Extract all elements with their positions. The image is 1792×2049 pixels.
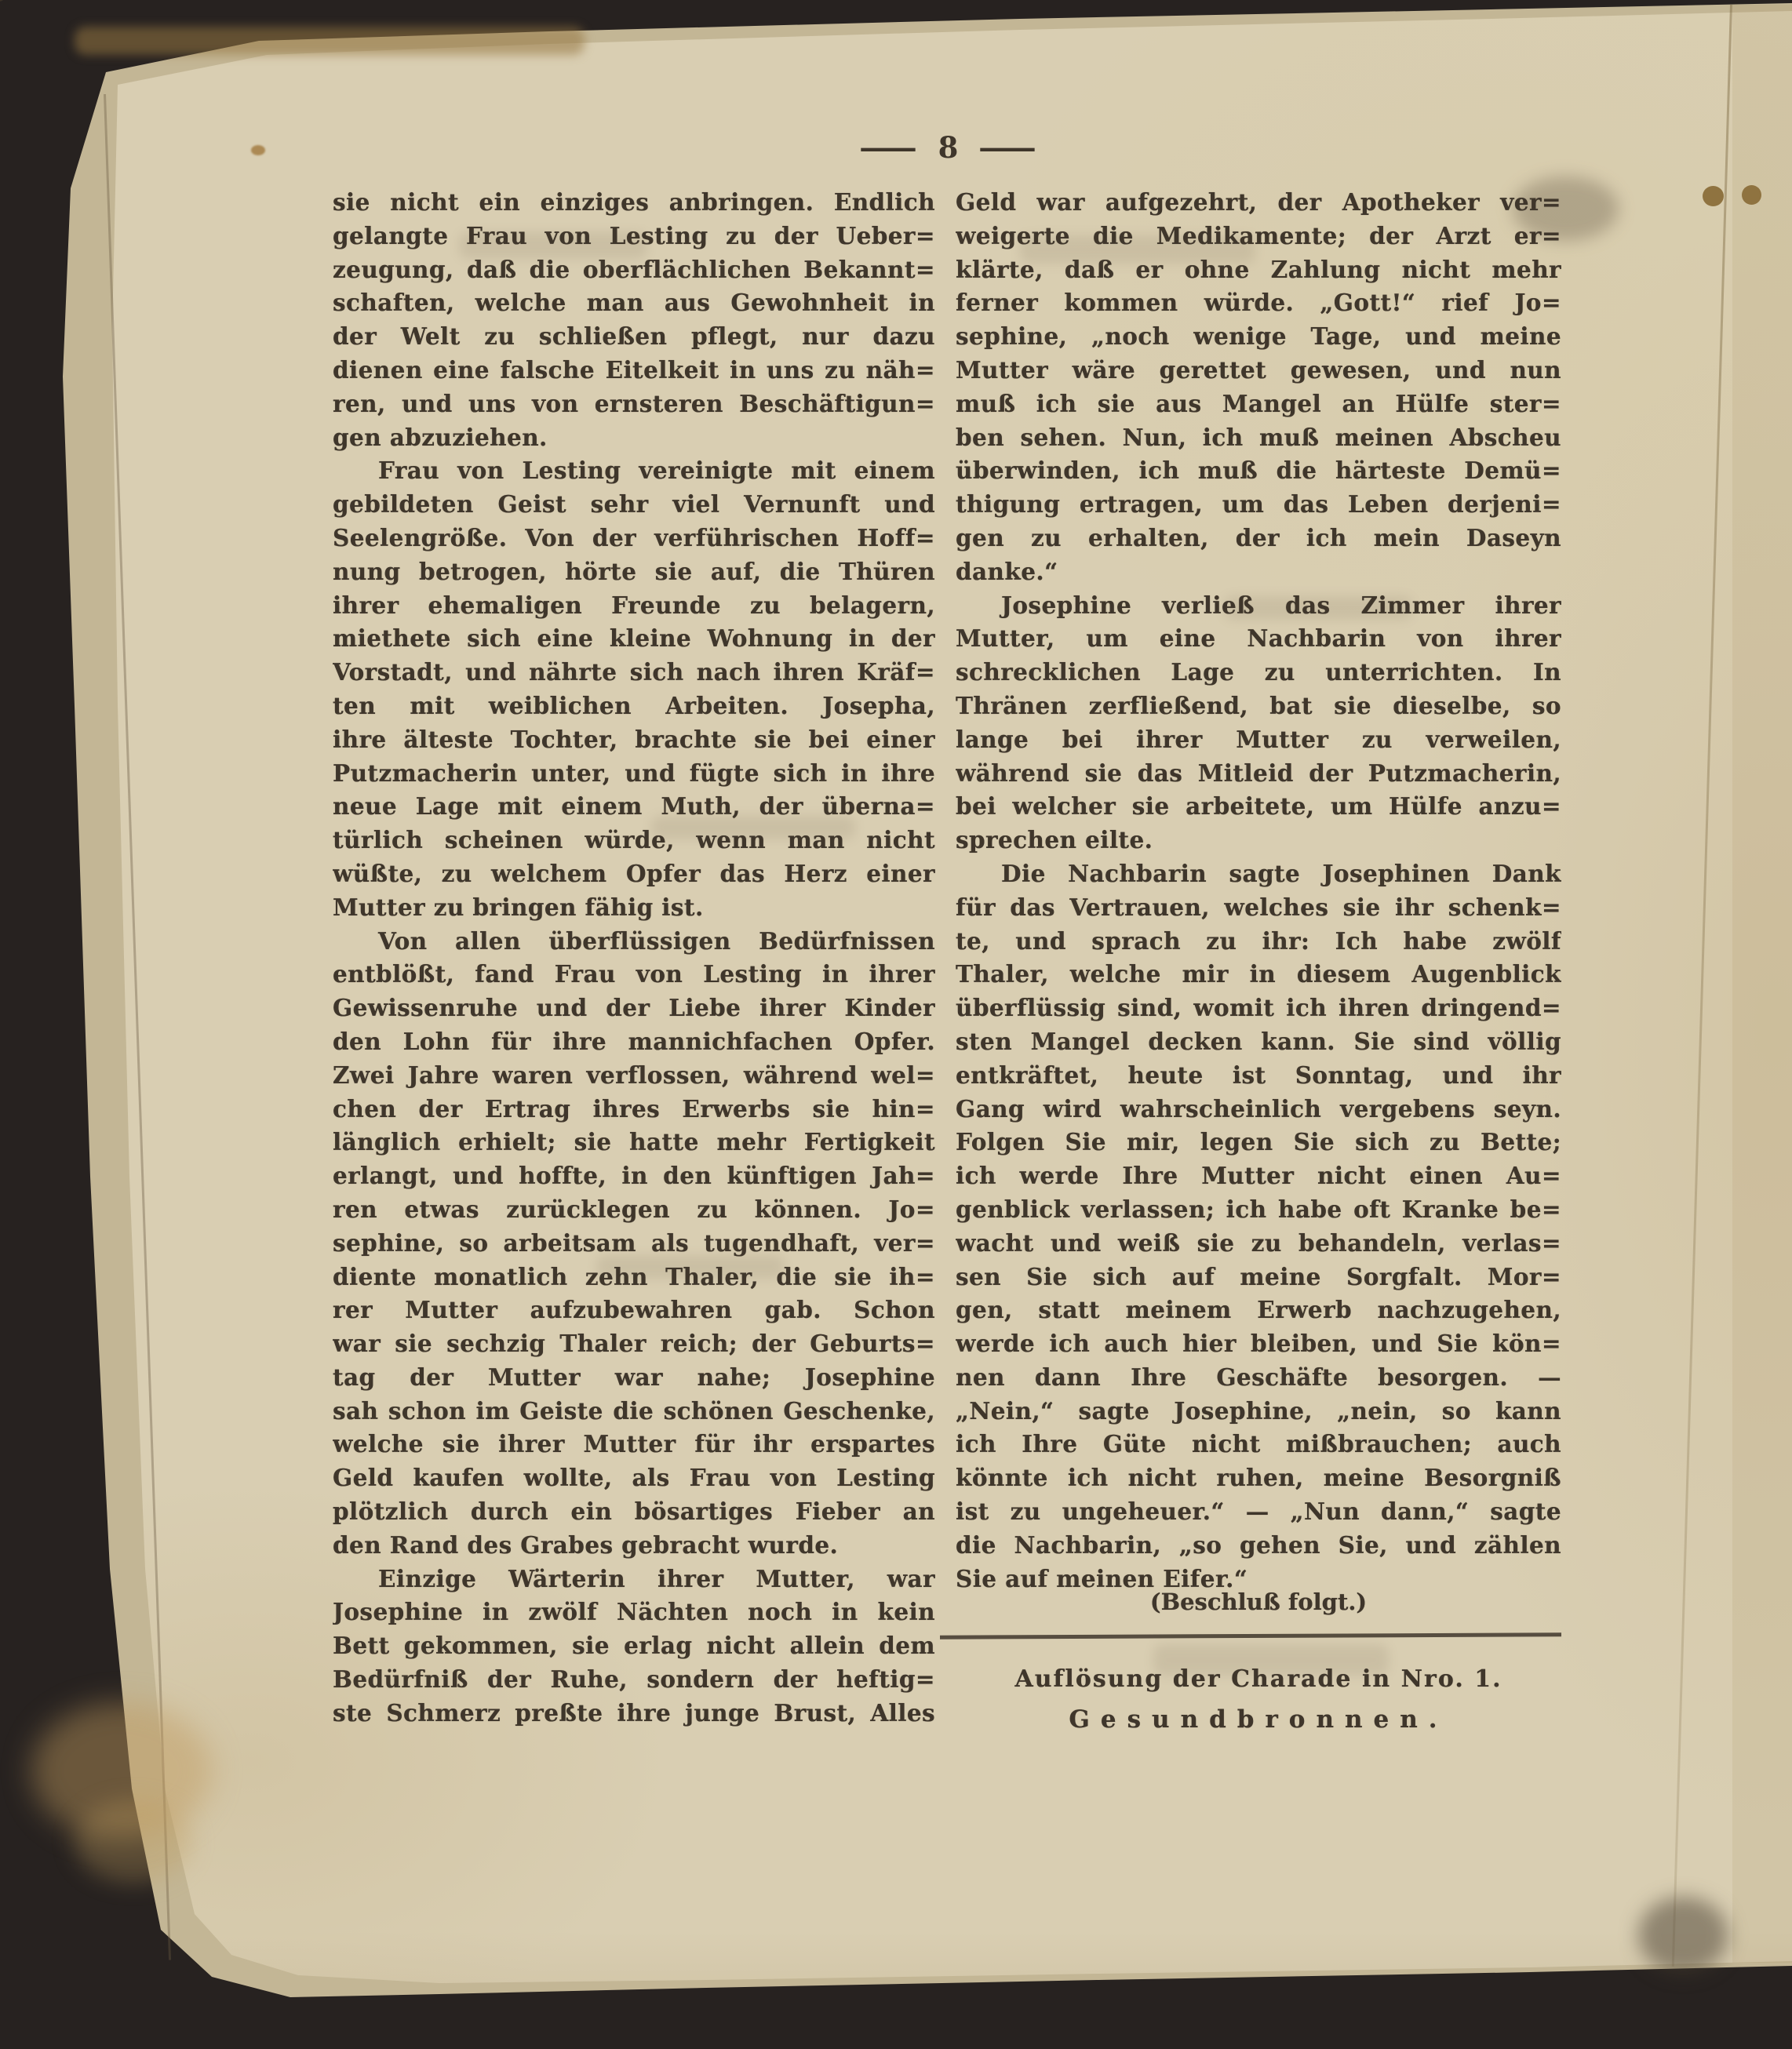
text-line: sen Sie sich auf meine Sorgfalt. Mor= xyxy=(956,1261,1561,1294)
text-line: bei welcher sie arbeitete, um Hülfe anzu… xyxy=(956,790,1561,824)
text-line: gen abzuziehen. xyxy=(333,421,935,455)
text-line: rer Mutter aufzubewahren gab. Schon xyxy=(333,1294,935,1327)
text-line: Einzige Wärterin ihrer Mutter, war xyxy=(333,1563,935,1596)
top-edge-stain xyxy=(75,27,585,55)
crease-smudge xyxy=(1638,1897,1728,1974)
text-line: Seelengröße. Von der verführischen Hoff= xyxy=(333,522,935,555)
charade-solution-answer: Gesundbronnen. xyxy=(956,1701,1561,1738)
text-line: wacht und weiß sie zu behandeln, verlas= xyxy=(956,1227,1561,1261)
text-line: sten Mangel decken kann. Sie sind völlig xyxy=(956,1025,1561,1059)
text-line: Thränen zerfließend, bat sie dieselbe, s… xyxy=(956,690,1561,723)
text-line: te, und sprach zu ihr: Ich habe zwölf xyxy=(956,925,1561,959)
text-line: thigung ertragen, um das Leben derjeni= xyxy=(956,488,1561,522)
text-line: Josephine verließ das Zimmer ihrer xyxy=(956,589,1561,623)
text-line: welche sie ihrer Mutter für ihr ersparte… xyxy=(333,1428,935,1461)
text-line: wüßte, zu welchem Opfer das Herz einer xyxy=(333,857,935,891)
text-line: ist zu ungeheuer.“ — „Nun dann,“ sagte xyxy=(956,1495,1561,1529)
text-line: war sie sechzig Thaler reich; der Geburt… xyxy=(333,1327,935,1361)
text-line: ste Schmerz preßte ihre junge Brust, All… xyxy=(333,1697,935,1731)
text-line: der Welt zu schließen pflegt, nur dazu xyxy=(333,320,935,354)
text-line: den Lohn für ihre mannichfachen Opfer. xyxy=(333,1025,935,1059)
text-line: Folgen Sie mir, legen Sie sich zu Bette; xyxy=(956,1126,1561,1159)
text-line: Geld war aufgezehrt, der Apotheker ver= xyxy=(956,186,1561,220)
text-line: „Nein,“ sagte Josephine, „nein, so kann xyxy=(956,1395,1561,1428)
page-number-header: — 8 — xyxy=(336,127,1561,168)
text-line: während sie das Mitleid der Putzmacherin… xyxy=(956,757,1561,791)
right-text-column: Geld war aufgezehrt, der Apotheker ver=w… xyxy=(956,186,1561,1596)
text-line: dienen eine falsche Eitelkeit in uns zu … xyxy=(333,354,935,388)
diagonal-fold-crease xyxy=(0,0,656,2)
text-line: Bedürfniß der Ruhe, sondern der heftig= xyxy=(333,1663,935,1697)
scanned-newspaper-page: — 8 — sie nicht ein einziges anbringen. … xyxy=(0,0,1792,2049)
text-line: Von allen überflüssigen Bedürfnissen xyxy=(333,925,935,959)
closing-note: (Beschluß folgt.) xyxy=(956,1585,1561,1619)
text-line: ten mit weiblichen Arbeiten. Josepha, xyxy=(333,690,935,723)
text-line: Geld kaufen wollte, als Frau von Lesting xyxy=(333,1461,935,1495)
header-dash: — xyxy=(858,130,920,165)
text-line: Die Nachbarin sagte Josephinen Dank xyxy=(956,857,1561,891)
text-line: sprechen eilte. xyxy=(956,824,1561,857)
ink-dot xyxy=(1742,185,1761,205)
text-line: könnte ich nicht ruhen, meine Besorgniß xyxy=(956,1461,1561,1495)
text-line: Mutter zu bringen fähig ist. xyxy=(333,891,935,925)
text-line: werde ich auch hier bleiben, und Sie kön… xyxy=(956,1327,1561,1361)
text-line: gebildeten Geist sehr viel Vernunft und xyxy=(333,488,935,522)
text-line: Josephine in zwölf Nächten noch in kein xyxy=(333,1596,935,1629)
text-line: sie nicht ein einziges anbringen. Endlic… xyxy=(333,186,935,220)
text-line: ihre älteste Tochter, brachte sie bei ei… xyxy=(333,723,935,757)
text-line: diente monatlich zehn Thaler, die sie ih… xyxy=(333,1261,935,1294)
text-line: ren, und uns von ernsteren Beschäftigun= xyxy=(333,388,935,421)
text-line: den Rand des Grabes gebracht wurde. xyxy=(333,1529,935,1563)
header-dash: — xyxy=(977,130,1040,165)
text-line: chen der Ertrag ihres Erwerbs sie hin= xyxy=(333,1093,935,1126)
page-number: 8 xyxy=(938,130,960,165)
charade-solution-heading: Auflösung der Charade in Nro. 1. xyxy=(956,1661,1561,1698)
text-line: Mutter wäre gerettet gewesen, und nun xyxy=(956,354,1561,388)
paper-chip-speck xyxy=(251,145,265,155)
text-line: erlangt, und hoffte, in den künftigen Ja… xyxy=(333,1159,935,1193)
text-line: schaften, welche man aus Gewohnheit in xyxy=(333,286,935,320)
text-line: sephine, „noch wenige Tage, und meine xyxy=(956,320,1561,354)
text-line: zeugung, daß die oberflächlichen Bekannt… xyxy=(333,253,935,287)
text-line: ich Ihre Güte nicht mißbrauchen; auch xyxy=(956,1428,1561,1461)
text-line: für das Vertrauen, welches sie ihr schen… xyxy=(956,891,1561,925)
text-line: gen zu erhalten, der ich mein Daseyn xyxy=(956,522,1561,555)
text-line: Mutter, um eine Nachbarin von ihrer xyxy=(956,622,1561,656)
text-line: überflüssig sind, womit ich ihren dringe… xyxy=(956,992,1561,1025)
text-line: Putzmacherin unter, und fügte sich in ih… xyxy=(333,757,935,791)
bottom-left-stain-secondary xyxy=(75,1800,192,1883)
text-line: sephine, so arbeitsam als tugendhaft, ve… xyxy=(333,1227,935,1261)
text-line: weigerte die Medikamente; der Arzt er= xyxy=(956,220,1561,253)
text-line: schrecklichen Lage zu unterrichten. In xyxy=(956,656,1561,690)
text-line: Gewissenruhe und der Liebe ihrer Kinder xyxy=(333,992,935,1025)
text-line: ben sehen. Nun, ich muß meinen Abscheu xyxy=(956,421,1561,455)
text-line: überwinden, ich muß die härteste Demü= xyxy=(956,454,1561,488)
text-line: gen, statt meinem Erwerb nachzugehen, xyxy=(956,1294,1561,1327)
text-line: sah schon im Geiste die schönen Geschenk… xyxy=(333,1395,935,1428)
text-line: muß ich sie aus Mangel an Hülfe ster= xyxy=(956,388,1561,421)
text-line: entblößt, fand Frau von Lesting in ihrer xyxy=(333,958,935,992)
text-line: nung betrogen, hörte sie auf, die Thüren xyxy=(333,555,935,589)
text-line: neue Lage mit einem Muth, der überna= xyxy=(333,790,935,824)
text-line: Gang wird wahrscheinlich vergebens seyn. xyxy=(956,1093,1561,1126)
ink-dot xyxy=(1703,186,1724,206)
text-line: miethete sich eine kleine Wohnung in der xyxy=(333,622,935,656)
text-line: ren etwas zurücklegen zu können. Jo= xyxy=(333,1193,935,1227)
text-line: Zwei Jahre waren verflossen, während wel… xyxy=(333,1059,935,1093)
text-line: lange bei ihrer Mutter zu verweilen, xyxy=(956,723,1561,757)
text-line: Thaler, welche mir in diesem Augenblick xyxy=(956,958,1561,992)
text-line: klärte, daß er ohne Zahlung nicht mehr xyxy=(956,253,1561,287)
text-line: die Nachbarin, „so gehen Sie, und zählen xyxy=(956,1529,1561,1563)
text-line: genblick verlassen; ich habe oft Kranke … xyxy=(956,1193,1561,1227)
right-edge-shading xyxy=(1732,5,1792,1963)
text-line: plötzlich durch ein bösartiges Fieber an xyxy=(333,1495,935,1529)
left-text-column: sie nicht ein einziges anbringen. Endlic… xyxy=(333,186,935,1731)
text-line: Bett gekommen, sie erlag nicht allein de… xyxy=(333,1629,935,1663)
text-line: entkräftet, heute ist Sonntag, und ihr xyxy=(956,1059,1561,1093)
text-line: ferner kommen würde. „Gott!“ rief Jo= xyxy=(956,286,1561,320)
text-line: länglich erhielt; sie hatte mehr Fertigk… xyxy=(333,1126,935,1159)
text-line: nen dann Ihre Geschäfte besorgen. — xyxy=(956,1361,1561,1395)
text-line: türlich scheinen würde, wenn man nicht xyxy=(333,824,935,857)
text-line: gelangte Frau von Lesting zu der Ueber= xyxy=(333,220,935,253)
text-line: Frau von Lesting vereinigte mit einem xyxy=(333,454,935,488)
text-line: Vorstadt, und nährte sich nach ihren Krä… xyxy=(333,656,935,690)
text-line: ich werde Ihre Mutter nicht einen Au= xyxy=(956,1159,1561,1193)
text-line: tag der Mutter war nahe; Josephine xyxy=(333,1361,935,1395)
text-line: ihrer ehemaligen Freunde zu belagern, xyxy=(333,589,935,623)
text-line: danke.“ xyxy=(956,555,1561,589)
